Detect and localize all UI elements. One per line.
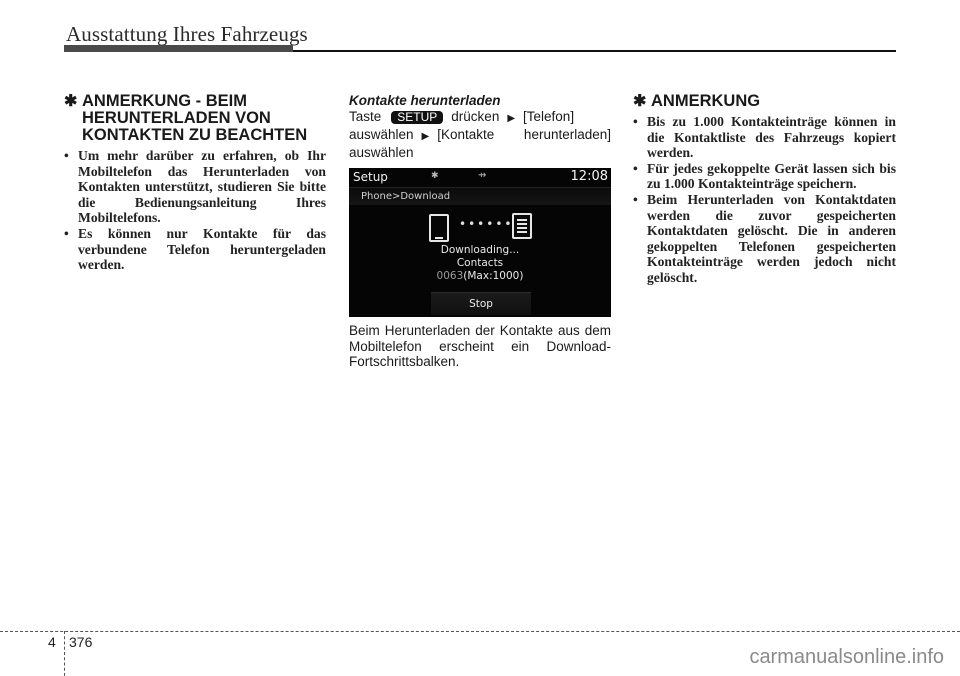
phone-icon — [429, 214, 449, 242]
watermark: carmanualsonline.info — [749, 646, 944, 669]
note-bullet-list: Um mehr darüber zu erfahren, ob Ihr Mobi… — [64, 148, 326, 273]
note-bullet: Beim Herunterladen von Kontaktdaten werd… — [633, 192, 896, 286]
note-bullet: Um mehr darüber zu erfahren, ob Ihr Mobi… — [64, 148, 326, 226]
transfer-dots: •••••• — [459, 217, 513, 231]
footer-divider — [64, 631, 65, 676]
footer-rule — [0, 631, 960, 632]
header-accent-bar — [64, 45, 293, 52]
section-download-contacts: Kontakte herunterladen TasteSETUPdrücken… — [349, 93, 611, 161]
screen-caption: Beim Herunterladen der Kontakte aus dem … — [349, 323, 611, 370]
note-bullet: Bis zu 1.000 Kontakteinträge können in d… — [633, 114, 896, 161]
bluetooth-icon: ✱ — [431, 171, 439, 181]
stop-button[interactable]: Stop — [431, 292, 531, 315]
usb-icon: ⇸ — [478, 170, 486, 181]
download-progress: 0063(Max:1000) — [349, 270, 611, 282]
asterisk-icon: ✱ — [633, 93, 651, 110]
screen-breadcrumb: Phone>Download — [349, 188, 611, 205]
page-header-title: Ausstattung Ihres Fahrzeugs — [66, 22, 308, 47]
page-number: 376 — [69, 634, 92, 650]
contacts-document-icon — [512, 213, 532, 239]
arrow-right-icon: ▶ — [422, 129, 430, 145]
note-contact-limits: ✱ ANMERKUNG Bis zu 1.000 Kontakteinträge… — [633, 93, 896, 286]
instruction-text: TasteSETUPdrücken▶[Telefon] auswählen▶[K… — [349, 109, 611, 161]
note-heading: ✱ ANMERKUNG — [633, 93, 896, 110]
screen-title: Setup — [353, 170, 388, 184]
download-status: Downloading... — [349, 244, 611, 256]
note-bullet-list: Bis zu 1.000 Kontakteinträge können in d… — [633, 114, 896, 286]
setup-key-badge: SETUP — [391, 111, 443, 124]
download-screen-image: Setup ✱ ⇸ 12:08 Phone>Download •••••• Do… — [349, 168, 611, 317]
chapter-number: 4 — [48, 634, 56, 650]
note-bullet: Für jedes gekoppelte Gerät lassen sich b… — [633, 161, 896, 192]
note-download-contacts: ✱ ANMERKUNG - BEIM HERUNTERLADEN VON KON… — [64, 93, 326, 273]
note-heading: ✱ ANMERKUNG - BEIM HERUNTERLADEN VON KON… — [64, 93, 326, 144]
arrow-right-icon: ▶ — [507, 111, 515, 127]
asterisk-icon: ✱ — [64, 93, 82, 144]
screen-clock: 12:08 — [571, 169, 608, 184]
section-subheading: Kontakte herunterladen — [349, 93, 611, 108]
header-rule — [293, 50, 896, 52]
download-type: Contacts — [349, 257, 611, 269]
note-bullet: Es können nur Kontakte für das verbunden… — [64, 226, 326, 273]
